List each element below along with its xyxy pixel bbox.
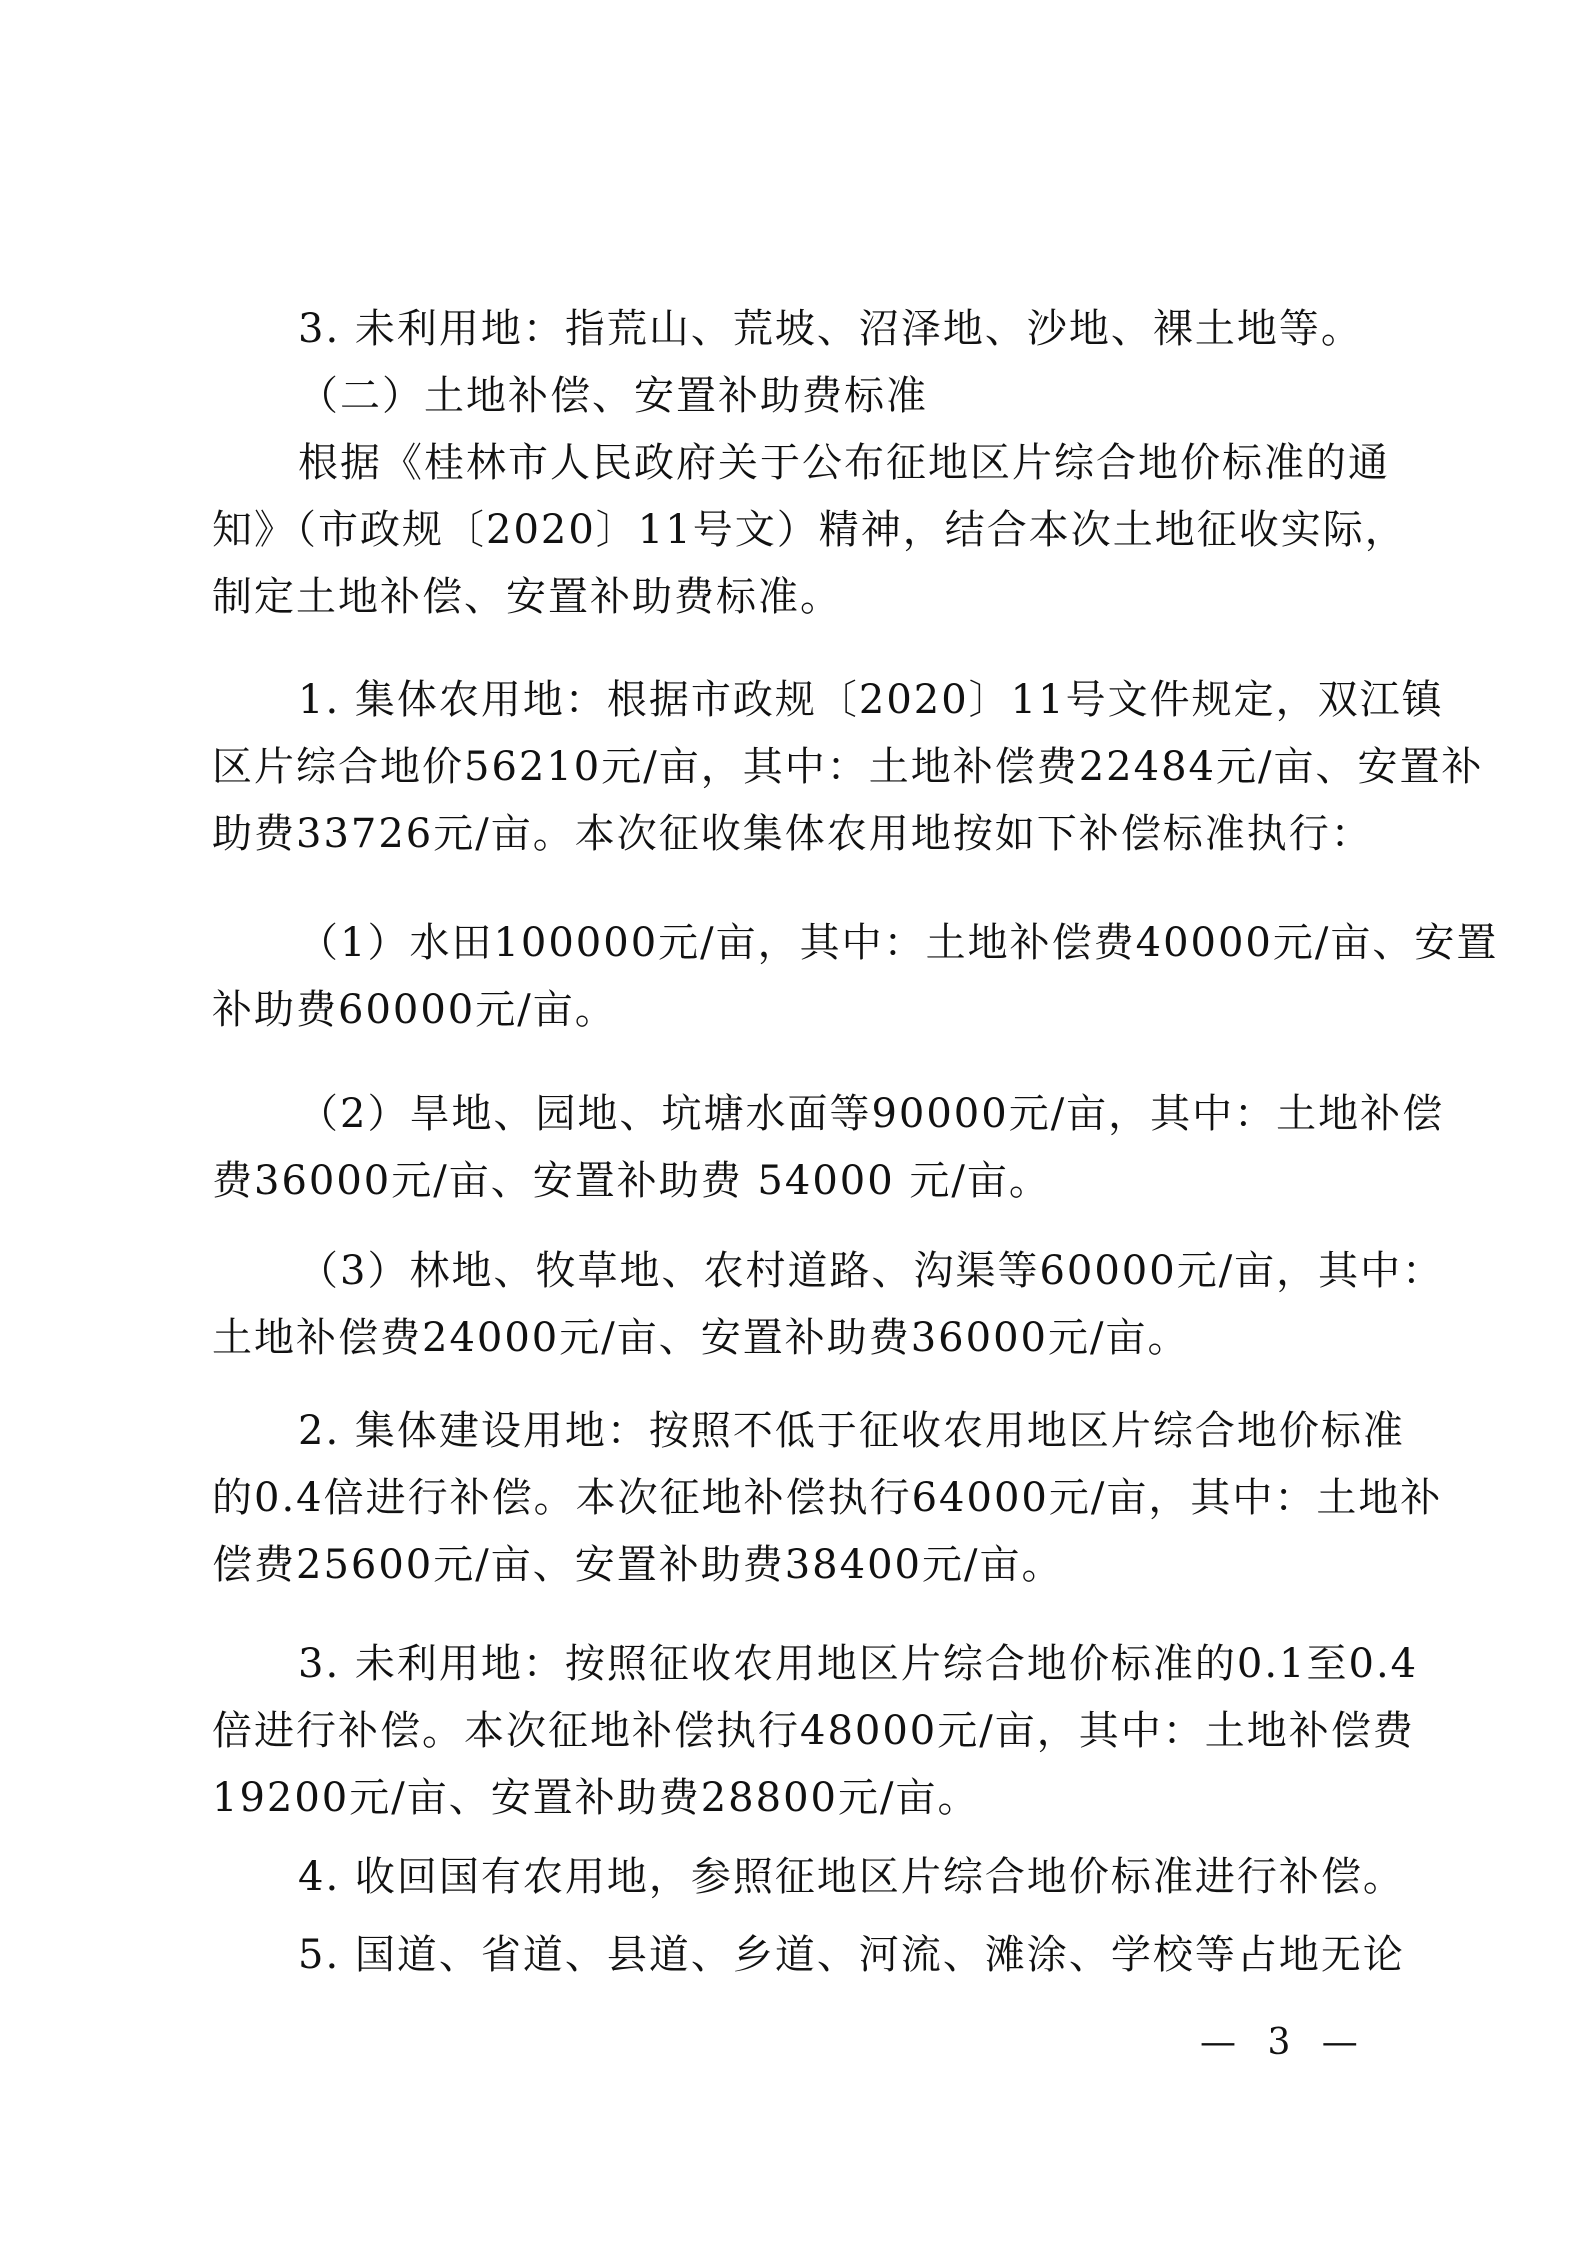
paragraph-line: 19200元/亩、安置补助费28800元/亩。	[212, 1774, 1412, 1822]
paragraph-line: 费36000元/亩、安置补助费 54000 元/亩。	[212, 1157, 1412, 1205]
paragraph-line: 区片综合地价56210元/亩，其中：土地补偿费22484元/亩、安置补	[212, 743, 1412, 791]
paragraph-line: 3. 未利用地：指荒山、荒坡、沼泽地、沙地、裸土地等。	[298, 305, 1498, 353]
paragraph-line: 根据《桂林市人民政府关于公布征地区片综合地价标准的通	[298, 439, 1498, 487]
paragraph-line: （3）林地、牧草地、农村道路、沟渠等60000元/亩，其中：	[298, 1247, 1498, 1295]
paragraph-line: （2）旱地、园地、坑塘水面等90000元/亩，其中：土地补偿	[298, 1090, 1498, 1138]
paragraph-line: 2. 集体建设用地：按照不低于征收农用地区片综合地价标准	[298, 1407, 1498, 1455]
paragraph-line: 知》（市政规〔2020〕11号文）精神，结合本次土地征收实际，	[212, 506, 1412, 554]
paragraph-line: 5. 国道、省道、县道、乡道、河流、滩涂、学校等占地无论	[298, 1931, 1498, 1979]
paragraph-line: 4. 收回国有农用地，参照征地区片综合地价标准进行补偿。	[298, 1853, 1498, 1901]
paragraph-line: 补助费60000元/亩。	[212, 986, 1412, 1034]
section-heading: （二）土地补偿、安置补助费标准	[298, 372, 1498, 420]
paragraph-line: 的0.4倍进行补偿。本次征地补偿执行64000元/亩，其中：土地补	[212, 1474, 1412, 1522]
paragraph-line: 倍进行补偿。本次征地补偿执行48000元/亩，其中：土地补偿费	[212, 1707, 1412, 1755]
paragraph-line: （1）水田100000元/亩，其中：土地补偿费40000元/亩、安置	[298, 919, 1498, 967]
paragraph-line: 1. 集体农用地：根据市政规〔2020〕11号文件规定，双江镇	[298, 676, 1498, 724]
page-number: — 3 —	[1200, 2022, 1368, 2063]
paragraph-line: 制定土地补偿、安置补助费标准。	[212, 573, 1412, 621]
paragraph-line: 土地补偿费24000元/亩、安置补助费36000元/亩。	[212, 1314, 1412, 1362]
paragraph-line: 3. 未利用地：按照征收农用地区片综合地价标准的0.1至0.4	[298, 1640, 1498, 1688]
paragraph-line: 助费33726元/亩。本次征收集体农用地按如下补偿标准执行：	[212, 810, 1412, 858]
paragraph-line: 偿费25600元/亩、安置补助费38400元/亩。	[212, 1541, 1412, 1589]
